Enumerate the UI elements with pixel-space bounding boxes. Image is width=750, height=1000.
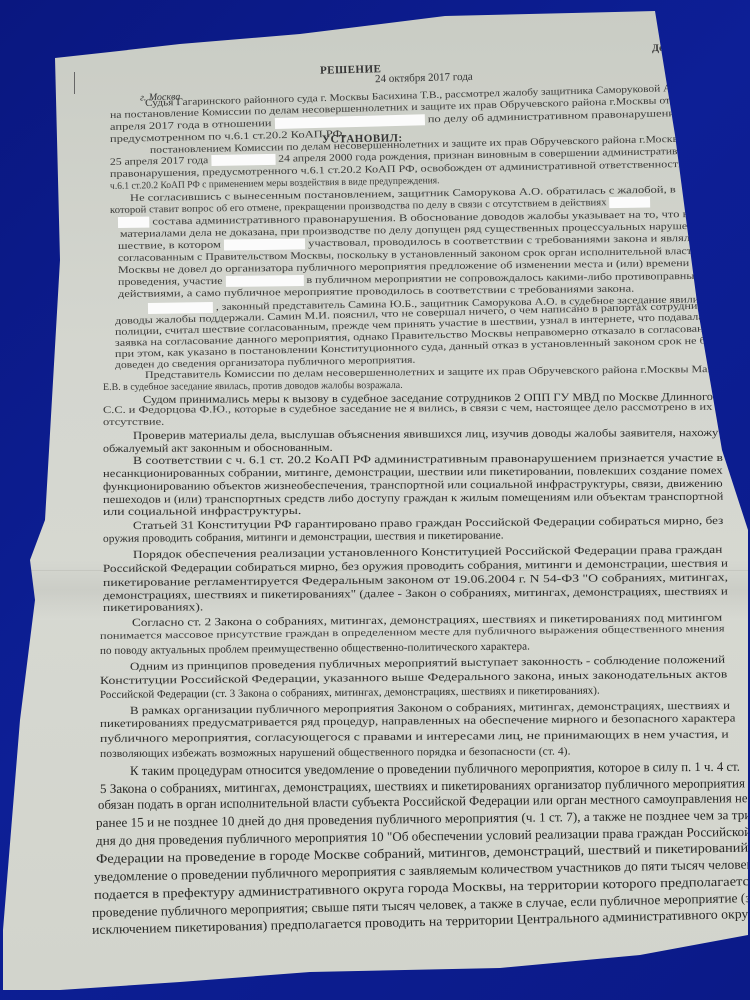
redaction-box — [226, 275, 304, 287]
document-date: 24 октября 2017 года — [375, 71, 473, 86]
document-line: Проверив материалы дела, выслушав объясн… — [133, 427, 718, 442]
case-number: Дело № 12-1098/17 — [652, 41, 735, 54]
document-line: С.С. и Федорцова Ф.Ю., которые в судебно… — [103, 402, 712, 416]
document-line: Е.В. в судебное заседание явилась, проти… — [103, 380, 403, 393]
line-text: в публичном мероприятии не сопровождалос… — [303, 271, 708, 286]
document-page: Дело № 12-1098/17 РЕШЕНИЕ 24 октября 201… — [0, 0, 750, 1000]
document-line: отсутствие. — [103, 417, 164, 428]
redaction-box — [609, 197, 650, 209]
redaction-box — [275, 115, 425, 130]
document-line: пешеходов и (или) транспортных средств л… — [103, 491, 723, 506]
document-line: позволяющих избежать возможных нарушений… — [100, 746, 571, 760]
line-text: 25 апреля 2017 года — [110, 155, 211, 168]
document-line: оружия проводить собрания, митинги и дем… — [103, 530, 504, 545]
line-text: проведения, участие — [118, 276, 226, 288]
document-line: или социальной инфраструктуры. — [103, 505, 301, 518]
document-line: по поводу актуальных проблем преимуществ… — [100, 640, 530, 657]
document-title: РЕШЕНИЕ — [320, 63, 382, 77]
redaction-box — [211, 154, 275, 166]
document-line: публичного мероприятия, согласующегося с… — [100, 729, 729, 745]
document-line: пикетированиях). — [103, 601, 203, 614]
margin-mark — [74, 72, 75, 94]
redaction-box — [148, 302, 213, 314]
line-text: шествие, в котором — [118, 240, 224, 252]
document-line: обжалуемый акт законным и обоснованным. — [103, 442, 333, 455]
redaction-box — [224, 239, 305, 251]
redaction-box — [118, 217, 149, 228]
document-line: Российской Федерации (ст. 3 Закона о соб… — [100, 685, 600, 701]
